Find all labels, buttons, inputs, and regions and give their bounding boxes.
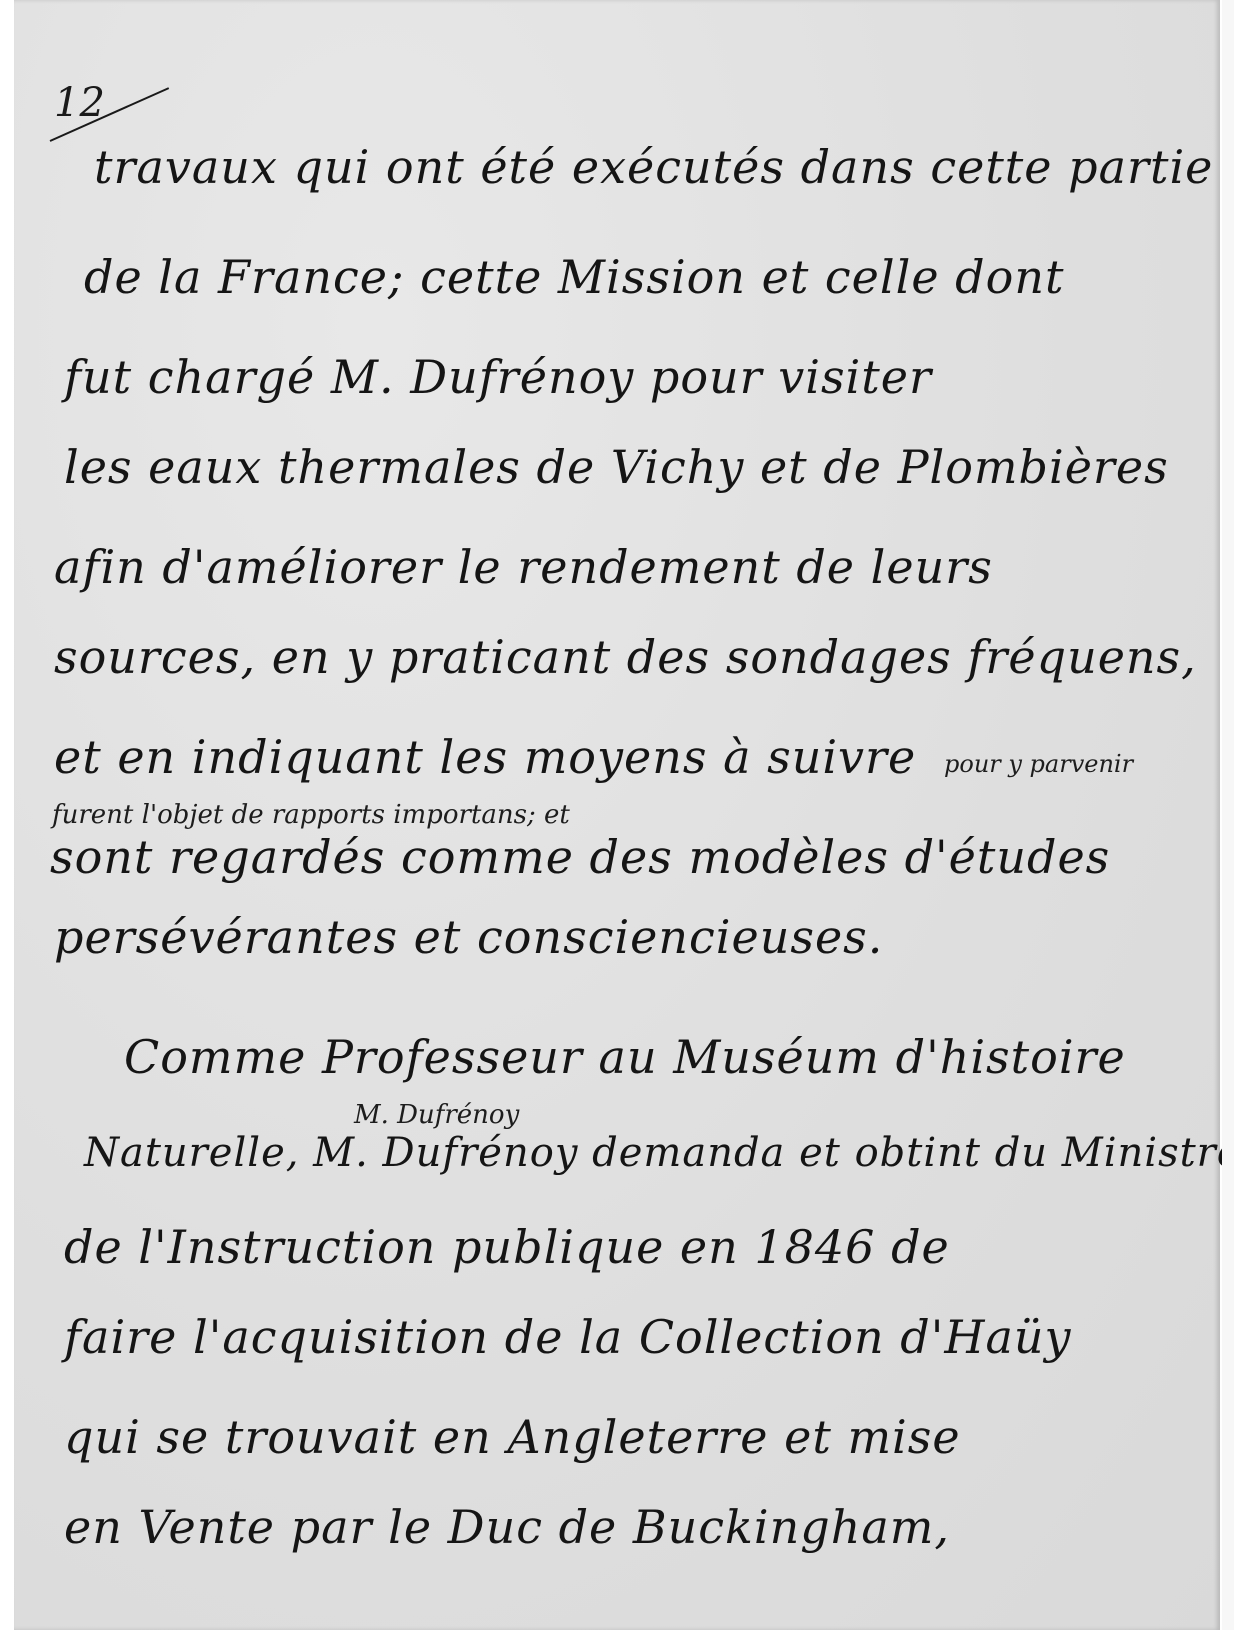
insertion-m-dufrenoy: M. Dufrénoy bbox=[354, 1100, 519, 1130]
manuscript-line-1: travaux qui ont été exécutés dans cette … bbox=[94, 140, 1213, 194]
insertion-pour-y-parvenir: pour y parvenir bbox=[944, 750, 1133, 778]
manuscript-line-13: de l'Instruction publique en 1846 de bbox=[64, 1220, 950, 1274]
manuscript-line-16: en Vente par le Duc de Buckingham, bbox=[64, 1500, 950, 1554]
scan-margin bbox=[1222, 0, 1234, 1630]
manuscript-line-5: afin d'améliorer le rendement de leurs bbox=[54, 540, 993, 594]
manuscript-line-4: les eaux thermales de Vichy et de Plombi… bbox=[64, 440, 1169, 494]
manuscript-page: 12 travaux qui ont été exécutés dans cet… bbox=[14, 0, 1220, 1630]
manuscript-line-3: fut chargé M. Dufrénoy pour visiter bbox=[64, 350, 932, 404]
manuscript-line-9: sont regardés comme des modèles d'études bbox=[50, 830, 1110, 884]
manuscript-line-14: faire l'acquisition de la Collection d'H… bbox=[64, 1310, 1072, 1364]
manuscript-line-2: de la France; cette Mission et celle don… bbox=[84, 250, 1064, 304]
manuscript-line-6: sources, en y praticant des sondages fré… bbox=[54, 630, 1197, 684]
manuscript-line-12: Naturelle, M. Dufrénoy demanda et obtint… bbox=[84, 1130, 1234, 1176]
manuscript-line-10: persévérantes et consciencieuses. bbox=[54, 910, 883, 964]
insertion-furent-line: furent l'objet de rapports importans; et bbox=[52, 800, 570, 830]
manuscript-line-11: Comme Professeur au Muséum d'histoire bbox=[124, 1030, 1126, 1084]
manuscript-line-7: et en indiquant les moyens à suivre bbox=[54, 730, 916, 784]
manuscript-line-15: qui se trouvait en Angleterre et mise bbox=[64, 1410, 961, 1464]
